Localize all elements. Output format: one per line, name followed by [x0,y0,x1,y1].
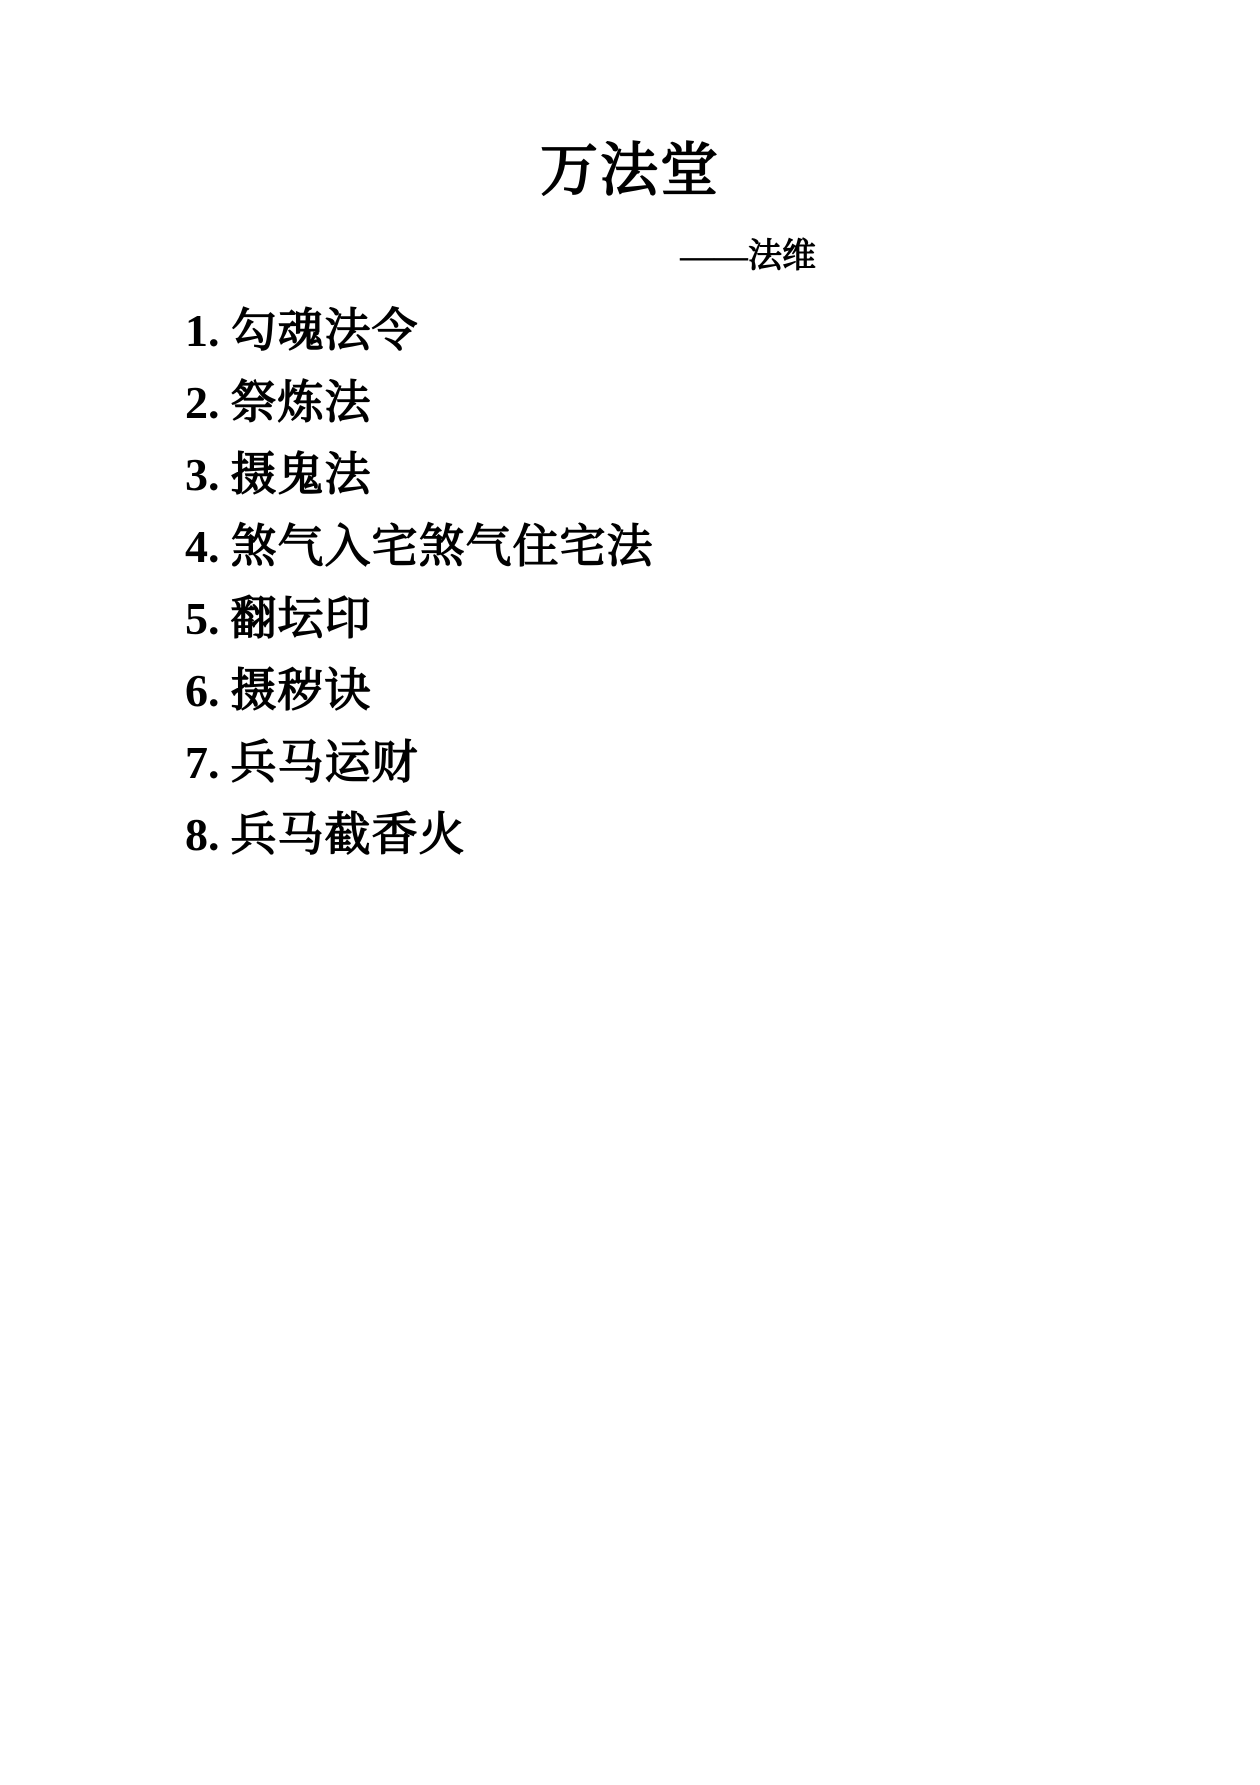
document-page: 万法堂 ——法维 1.勾魂法令 2.祭炼法 3.摄鬼法 4.煞气入宅煞气住宅法 … [0,0,1260,1785]
list-item-number: 7. [185,727,220,799]
list-item: 7.兵马运财 [185,727,1260,799]
list-item-text: 兵马运财 [231,737,419,788]
list-item-text: 煞气入宅煞气住宅法 [231,521,654,572]
list-item-text: 兵马截香火 [231,809,466,860]
list-item: 3.摄鬼法 [185,439,1260,511]
list-item-text: 翻坛印 [231,593,372,644]
list-item-number: 2. [185,367,220,439]
list-item-text: 祭炼法 [231,377,372,428]
list-item: 8.兵马截香火 [185,799,1260,871]
list-item: 2.祭炼法 [185,367,1260,439]
list-item-text: 摄鬼法 [231,449,372,500]
list-item-number: 5. [185,583,220,655]
numbered-list: 1.勾魂法令 2.祭炼法 3.摄鬼法 4.煞气入宅煞气住宅法 5.翻坛印 6.摄… [185,295,1260,871]
list-item: 4.煞气入宅煞气住宅法 [185,511,1260,583]
list-item: 5.翻坛印 [185,583,1260,655]
list-item-text: 摄秽诀 [231,665,372,716]
list-item-number: 8. [185,799,220,871]
list-item-number: 6. [185,655,220,727]
list-item-number: 4. [185,511,220,583]
list-item: 1.勾魂法令 [185,295,1260,367]
list-item-number: 1. [185,295,220,367]
list-item-text: 勾魂法令 [231,305,419,356]
list-item: 6.摄秽诀 [185,655,1260,727]
byline: ——法维 [680,238,1260,275]
list-item-number: 3. [185,439,220,511]
document-title: 万法堂 [0,135,1260,208]
